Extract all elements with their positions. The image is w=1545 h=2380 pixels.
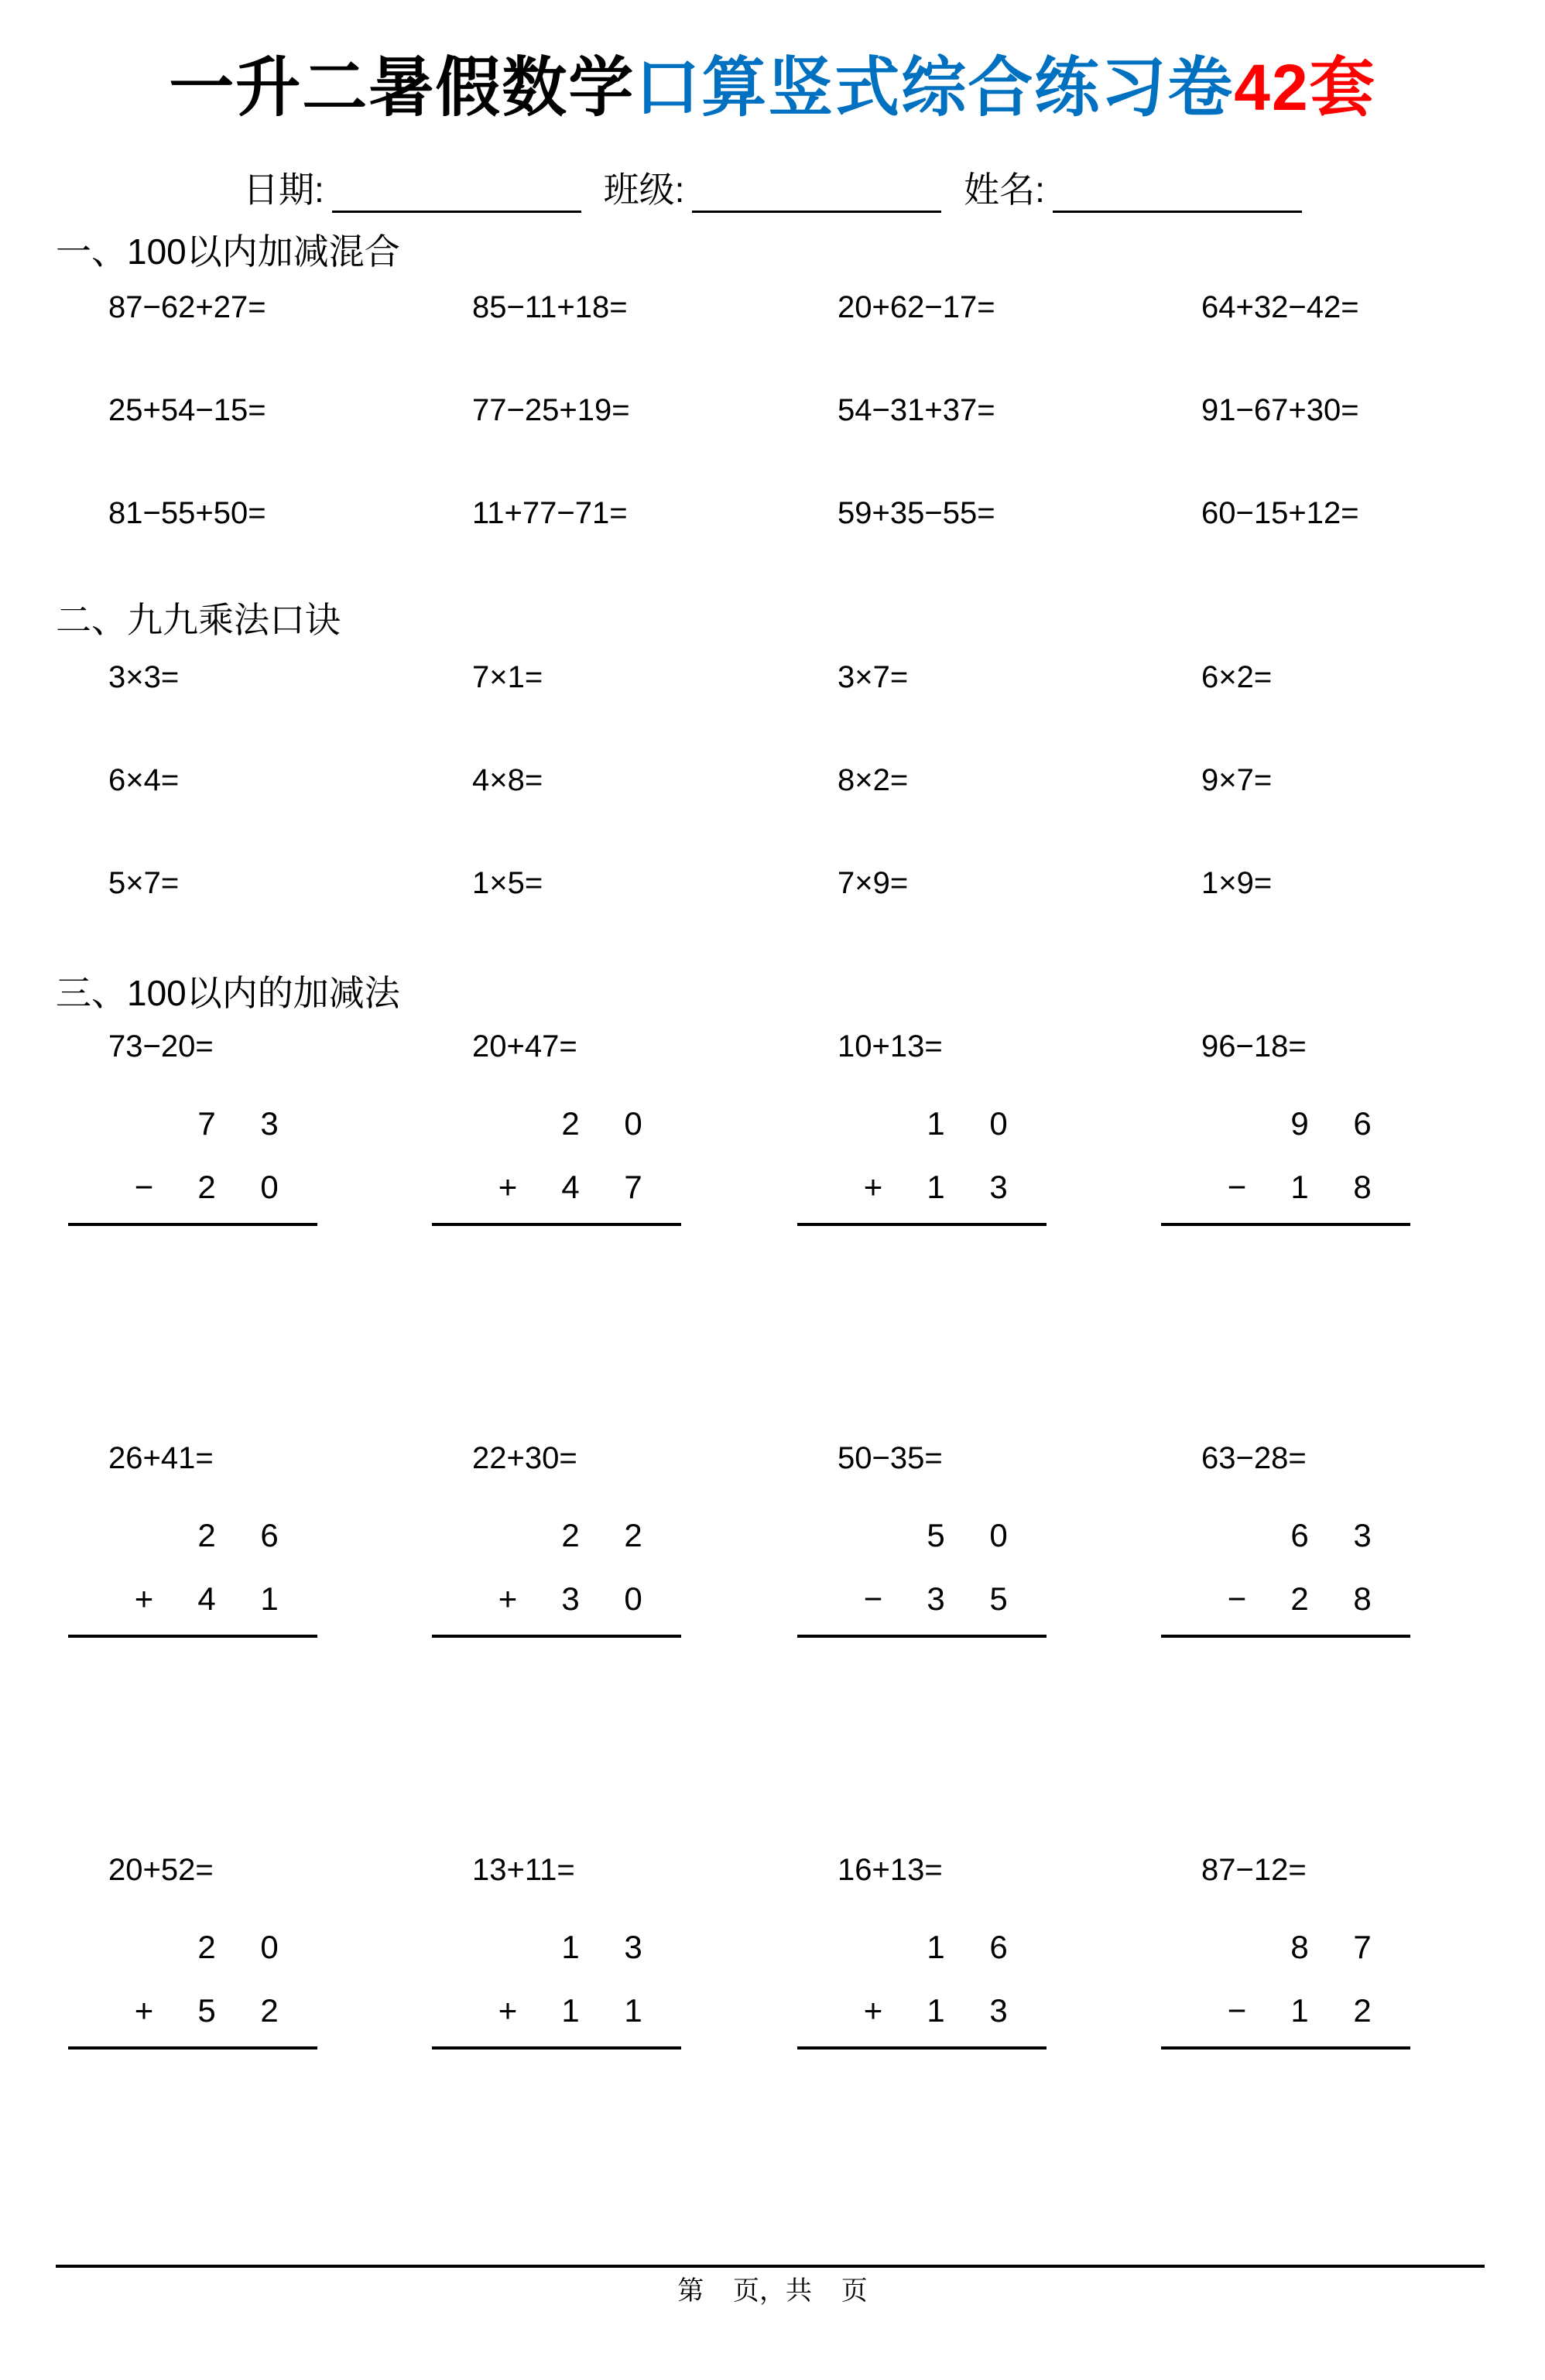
vertical-calculation: 22+30	[432, 1516, 681, 1656]
date-field[interactable]: 日期:	[243, 170, 581, 210]
problem-expression: 25+54−15=	[108, 391, 266, 430]
vertical-calculation: 16+13	[797, 1928, 1047, 2067]
problem-expression: 50−35=	[838, 1439, 943, 1478]
bottom-tens-digit: 5	[191, 1991, 222, 2030]
problem-expression: 8×2=	[838, 761, 908, 800]
answer-line[interactable]	[797, 2046, 1047, 2050]
top-ones-digit: 6	[983, 1928, 1014, 1967]
top-ones-digit: 0	[618, 1104, 649, 1143]
top-ones-digit: 0	[983, 1104, 1014, 1143]
problem-expression: 16+13=	[838, 1851, 943, 1889]
bottom-ones-digit: 7	[618, 1168, 649, 1207]
bottom-ones-digit: 2	[254, 1991, 285, 2030]
problem-expression: 59+35−55=	[838, 494, 995, 533]
answer-line[interactable]	[432, 1635, 681, 1638]
operator-sign: +	[492, 1991, 523, 2030]
vertical-calculation: 20+52	[68, 1928, 317, 2067]
title-part-set-count: 42套	[1234, 51, 1375, 124]
vertical-calculation: 96−18	[1161, 1104, 1410, 1244]
bottom-tens-digit: 3	[920, 1580, 951, 1618]
bottom-ones-digit: 3	[983, 1991, 1014, 2030]
problem-expression: 4×8=	[472, 761, 543, 800]
problem-expression: 54−31+37=	[838, 391, 995, 430]
page-number-footer: 第 页，共 页	[0, 2274, 1545, 2308]
problem-expression: 26+41=	[108, 1439, 214, 1478]
problem-expression: 20+62−17=	[838, 288, 995, 327]
top-ones-digit: 3	[254, 1104, 285, 1143]
answer-line[interactable]	[432, 2046, 681, 2050]
problem-expression: 1×9=	[1201, 864, 1272, 902]
top-tens-digit: 2	[191, 1516, 222, 1555]
problem-expression: 60−15+12=	[1201, 494, 1359, 533]
problem-expression: 87−62+27=	[108, 288, 266, 327]
answer-line[interactable]	[432, 1223, 681, 1226]
answer-line[interactable]	[1161, 1635, 1410, 1638]
section-1-title: 一、100以内加减混合	[56, 228, 400, 275]
top-ones-digit: 7	[1347, 1928, 1378, 1967]
bottom-tens-digit: 1	[1284, 1168, 1315, 1207]
student-info-line: 日期: 班级: 姓名:	[0, 166, 1545, 213]
section-3-title: 三、100以内的加减法	[56, 970, 400, 1016]
problem-expression: 7×1=	[472, 658, 543, 697]
problem-expression: 3×3=	[108, 658, 179, 697]
bottom-ones-digit: 1	[618, 1991, 649, 2030]
problem-expression: 64+32−42=	[1201, 288, 1359, 327]
footer-divider	[56, 2265, 1485, 2268]
bottom-tens-digit: 1	[920, 1168, 951, 1207]
section-2-title: 二、九九乘法口诀	[56, 597, 341, 643]
problem-expression: 6×4=	[108, 761, 179, 800]
problem-expression: 9×7=	[1201, 761, 1272, 800]
operator-sign: −	[858, 1580, 889, 1618]
name-label: 姓名:	[964, 170, 1045, 210]
bottom-tens-digit: 4	[555, 1168, 586, 1207]
bottom-ones-digit: 8	[1347, 1580, 1378, 1618]
bottom-ones-digit: 3	[983, 1168, 1014, 1207]
bottom-ones-digit: 1	[254, 1580, 285, 1618]
bottom-ones-digit: 5	[983, 1580, 1014, 1618]
vertical-calculation: 50−35	[797, 1516, 1047, 1656]
class-blank[interactable]	[692, 176, 941, 213]
answer-line[interactable]	[797, 1223, 1047, 1226]
bottom-tens-digit: 4	[191, 1580, 222, 1618]
vertical-calculation: 73−20	[68, 1104, 317, 1244]
answer-line[interactable]	[1161, 2046, 1410, 2050]
vertical-calculation: 26+41	[68, 1516, 317, 1656]
problem-expression: 73−20=	[108, 1027, 214, 1066]
problem-expression: 87−12=	[1201, 1851, 1307, 1889]
date-label: 日期:	[243, 170, 324, 210]
operator-sign: −	[1221, 1580, 1252, 1618]
top-ones-digit: 0	[983, 1516, 1014, 1555]
problem-expression: 63−28=	[1201, 1439, 1307, 1478]
problem-expression: 20+52=	[108, 1851, 214, 1889]
vertical-calculation: 87−12	[1161, 1928, 1410, 2067]
top-tens-digit: 1	[555, 1928, 586, 1967]
top-tens-digit: 2	[191, 1928, 222, 1967]
worksheet-title: 一升二暑假数学口算竖式综合练习卷42套	[0, 45, 1545, 130]
bottom-ones-digit: 0	[254, 1168, 285, 1207]
bottom-tens-digit: 1	[1284, 1991, 1315, 2030]
problem-expression: 5×7=	[108, 864, 179, 902]
answer-line[interactable]	[797, 1635, 1047, 1638]
problem-expression: 77−25+19=	[472, 391, 630, 430]
problem-expression: 20+47=	[472, 1027, 577, 1066]
bottom-tens-digit: 3	[555, 1580, 586, 1618]
top-tens-digit: 1	[920, 1928, 951, 1967]
problem-expression: 81−55+50=	[108, 494, 266, 533]
operator-sign: −	[1221, 1168, 1252, 1207]
top-ones-digit: 0	[254, 1928, 285, 1967]
answer-line[interactable]	[68, 1635, 317, 1638]
problem-expression: 1×5=	[472, 864, 543, 902]
problem-expression: 96−18=	[1201, 1027, 1307, 1066]
operator-sign: +	[492, 1168, 523, 1207]
answer-line[interactable]	[68, 2046, 317, 2050]
problem-expression: 13+11=	[472, 1851, 575, 1889]
bottom-tens-digit: 1	[555, 1991, 586, 2030]
operator-sign: +	[492, 1580, 523, 1618]
problem-expression: 22+30=	[472, 1439, 577, 1478]
top-tens-digit: 1	[920, 1104, 951, 1143]
vertical-calculation: 20+47	[432, 1104, 681, 1244]
problem-expression: 91−67+30=	[1201, 391, 1359, 430]
operator-sign: +	[128, 1580, 159, 1618]
title-part-grade: 一升二暑假数学	[169, 49, 635, 125]
answer-line[interactable]	[68, 1223, 317, 1226]
vertical-calculation: 13+11	[432, 1928, 681, 2067]
bottom-tens-digit: 2	[1284, 1580, 1315, 1618]
top-tens-digit: 6	[1284, 1516, 1315, 1555]
problem-expression: 10+13=	[838, 1027, 943, 1066]
top-tens-digit: 2	[555, 1516, 586, 1555]
answer-line[interactable]	[1161, 1223, 1410, 1226]
problem-expression: 11+77−71=	[472, 494, 628, 533]
bottom-tens-digit: 1	[920, 1991, 951, 2030]
top-tens-digit: 7	[191, 1104, 222, 1143]
date-blank[interactable]	[332, 176, 581, 213]
problem-expression: 7×9=	[838, 864, 908, 902]
bottom-tens-digit: 2	[191, 1168, 222, 1207]
name-blank[interactable]	[1053, 176, 1302, 213]
top-ones-digit: 6	[254, 1516, 285, 1555]
top-tens-digit: 2	[555, 1104, 586, 1143]
top-tens-digit: 9	[1284, 1104, 1315, 1143]
operator-sign: +	[128, 1991, 159, 2030]
bottom-ones-digit: 0	[618, 1580, 649, 1618]
class-field[interactable]: 班级:	[604, 170, 942, 210]
operator-sign: +	[858, 1168, 889, 1207]
class-label: 班级:	[604, 170, 685, 210]
problem-expression: 85−11+18=	[472, 288, 628, 327]
title-part-topic: 口算竖式综合练习卷	[635, 49, 1234, 125]
top-ones-digit: 6	[1347, 1104, 1378, 1143]
problem-expression: 6×2=	[1201, 658, 1272, 697]
operator-sign: +	[858, 1991, 889, 2030]
vertical-calculation: 63−28	[1161, 1516, 1410, 1656]
vertical-calculation: 10+13	[797, 1104, 1047, 1244]
name-field[interactable]: 姓名:	[964, 170, 1302, 210]
bottom-ones-digit: 2	[1347, 1991, 1378, 2030]
bottom-ones-digit: 8	[1347, 1168, 1378, 1207]
top-ones-digit: 3	[1347, 1516, 1378, 1555]
top-tens-digit: 8	[1284, 1928, 1315, 1967]
operator-sign: −	[128, 1168, 159, 1207]
operator-sign: −	[1221, 1991, 1252, 2030]
top-tens-digit: 5	[920, 1516, 951, 1555]
top-ones-digit: 2	[618, 1516, 649, 1555]
top-ones-digit: 3	[618, 1928, 649, 1967]
problem-expression: 3×7=	[838, 658, 908, 697]
